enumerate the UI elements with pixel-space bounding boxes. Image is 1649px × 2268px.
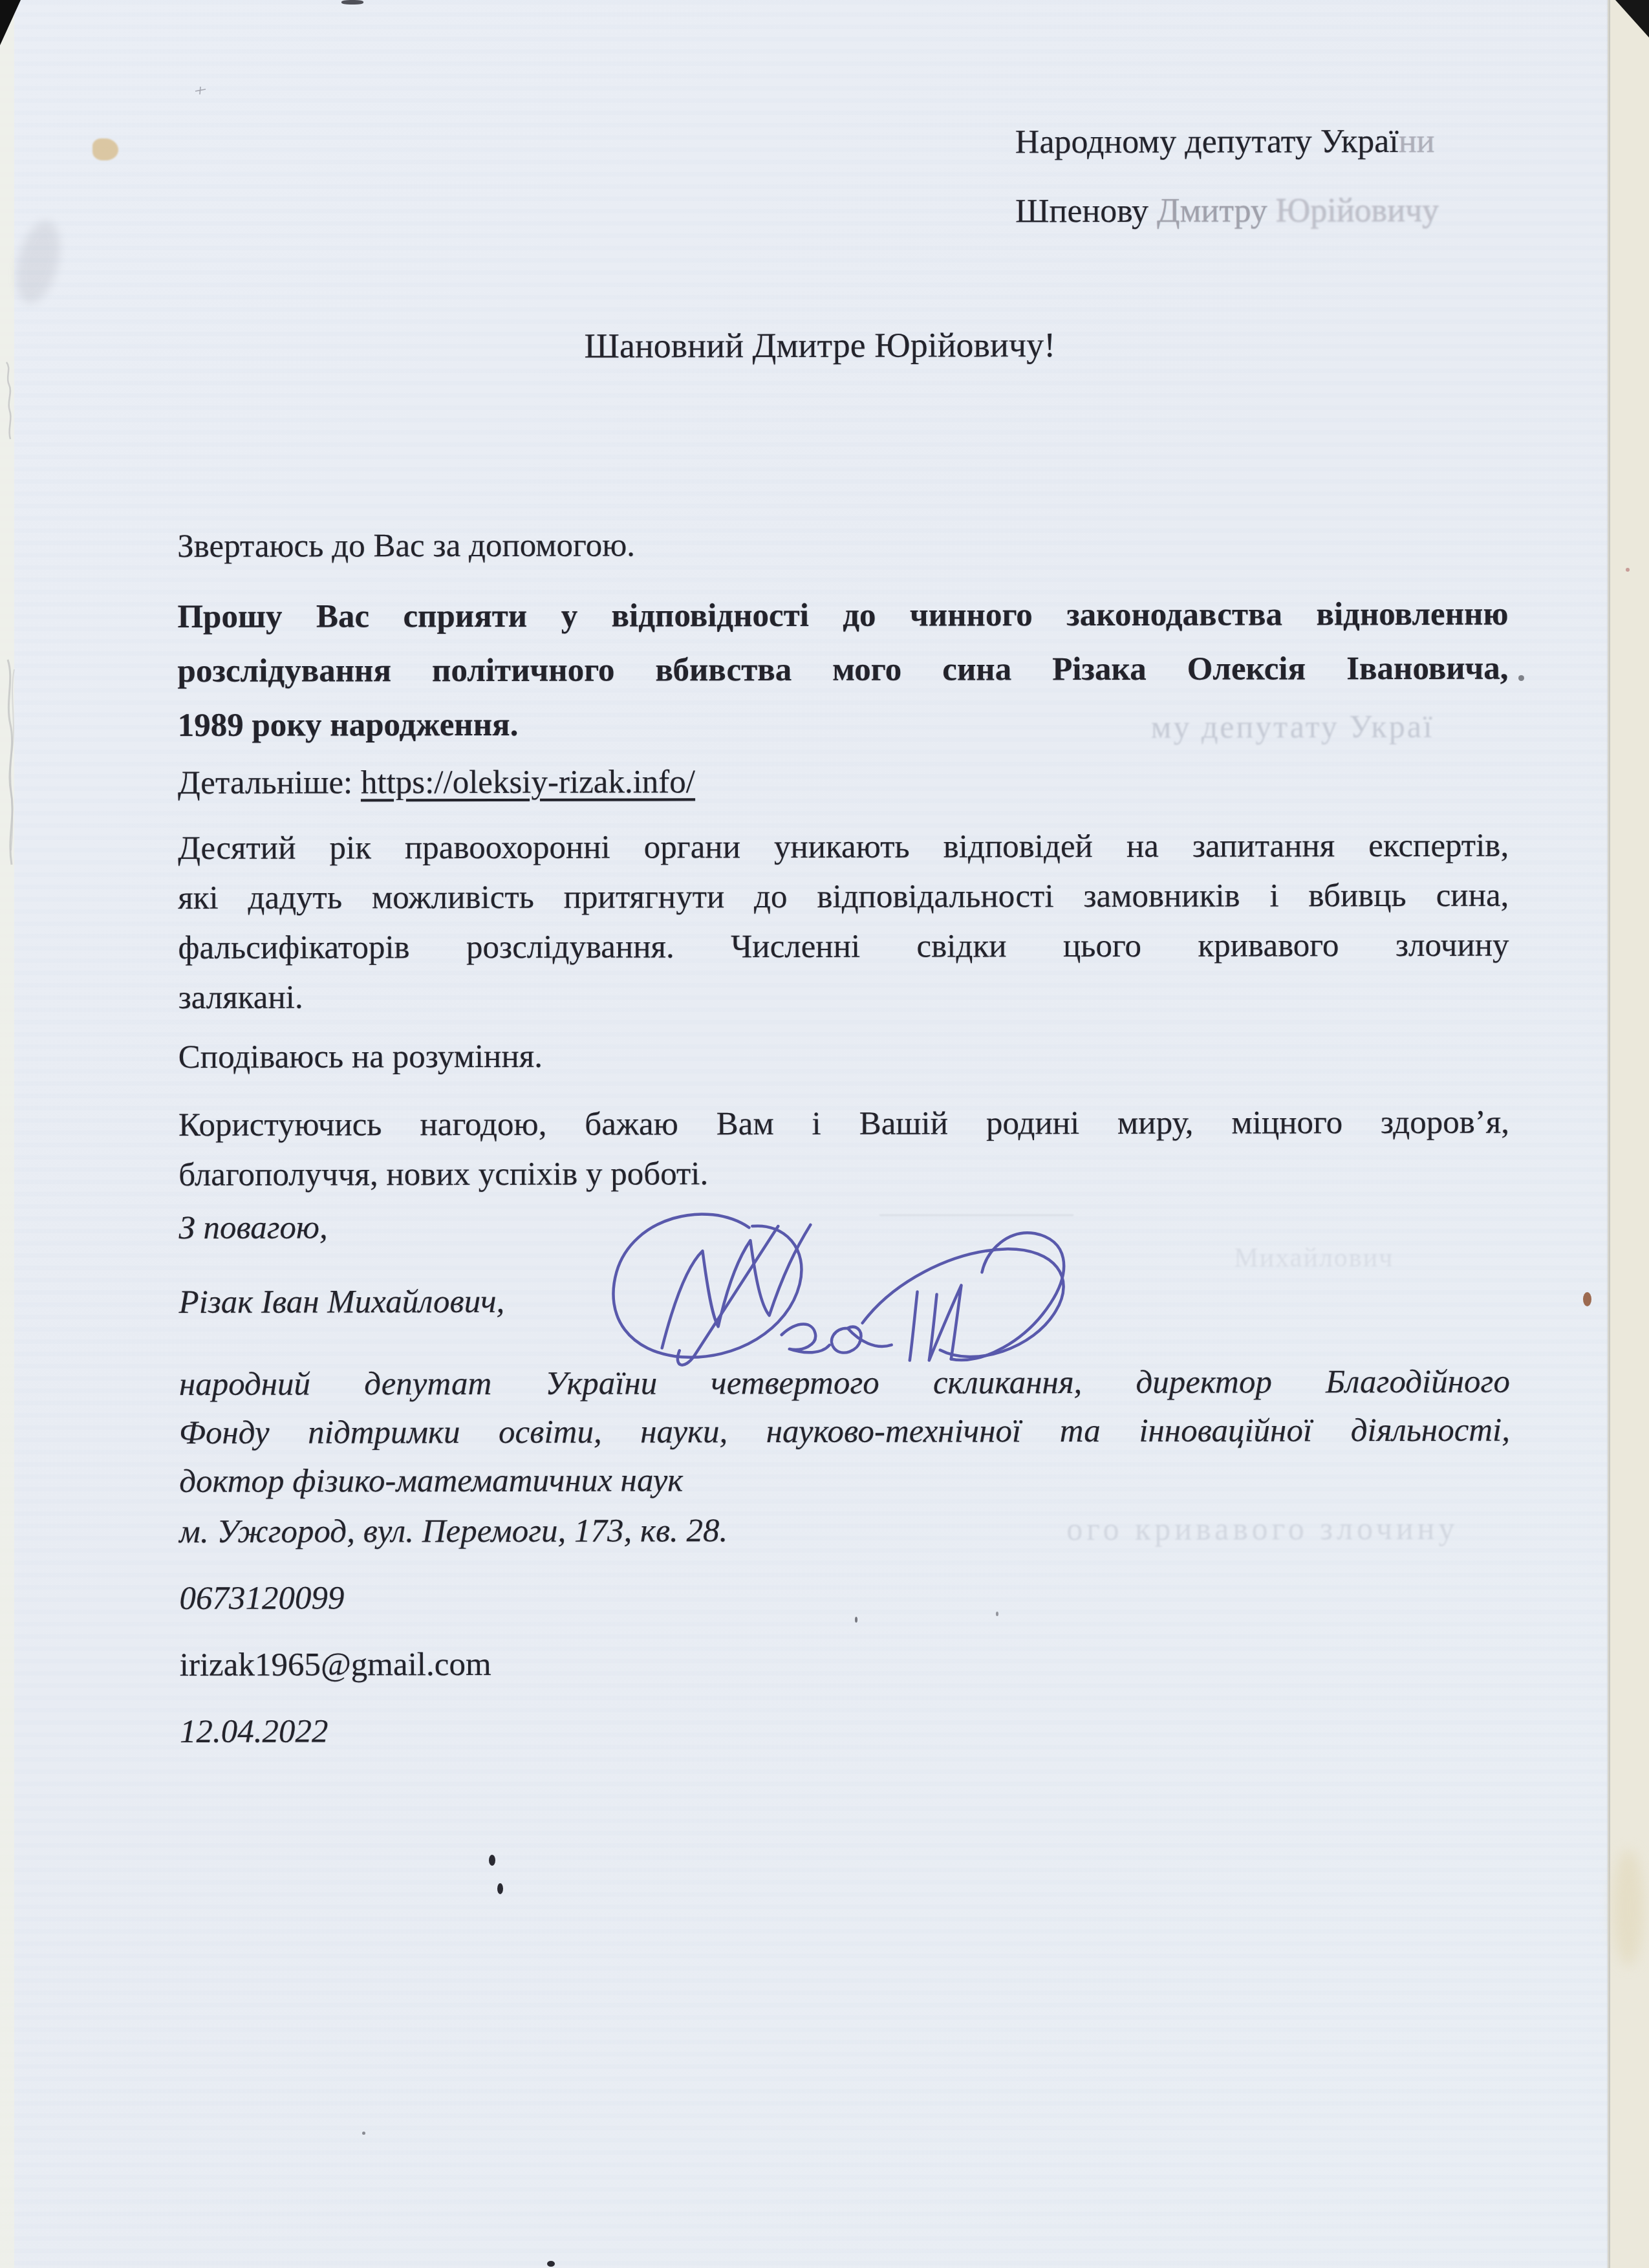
speck [497, 1883, 503, 1894]
corner-shadow-top-right [1615, 0, 1649, 38]
speck [547, 2261, 555, 2267]
main-line: залякані. [178, 971, 1509, 1023]
paper-crease [879, 1215, 1073, 1216]
recipient-line1-fade: ни [1399, 123, 1435, 160]
signer-name: Різак Іван Михайлович, [179, 1283, 505, 1321]
intro-paragraph: Звертаюсь до Вас за допомогою. [177, 520, 635, 572]
main-line: фальсифікаторів розслідування. Численні … [178, 921, 1509, 973]
signer-email: irizak1965@gmail.com [180, 1646, 491, 1684]
details-line: Детальніше: https://oleksiy-rizak.info/ [178, 757, 695, 809]
speck [489, 1855, 495, 1866]
hope-line: Сподіваюсь на розуміння. [178, 1031, 543, 1083]
bleedthrough-text: ого кривавого злочину [1066, 1509, 1458, 1548]
scanned-letter: му депутату Украї Михайлович ого криваво… [0, 0, 1649, 2268]
salutation: Шановний Дмитре Юрійовичу! [584, 325, 1055, 366]
wish-paragraph: Користуючись нагодою, бажаю Вам і Вашій … [178, 1098, 1509, 1200]
letter-date: 12.04.2022 [180, 1712, 329, 1750]
closing-line: З повагою, [178, 1209, 328, 1246]
recipient-line-1: Народному депутату України [1015, 122, 1435, 161]
speck [1518, 675, 1524, 681]
wish-line: Користуючись нагодою, бажаю Вам і Вашій … [178, 1098, 1509, 1150]
request-paragraph: Прошу Вас сприяти у відповідності до чин… [177, 587, 1509, 753]
signer-phone: 0673120099 [179, 1579, 344, 1617]
request-line: розслідування політичного вбивства мого … [177, 642, 1508, 698]
stain [92, 138, 118, 160]
pencil-scribble [1, 359, 18, 443]
main-line: Десятий рік правоохоронні органи уникают… [178, 821, 1509, 874]
details-label: Детальніше: [178, 764, 361, 801]
speck [1626, 568, 1630, 572]
recipient-line1-main: Народному депутату Украї [1015, 123, 1399, 160]
signer-role-line: доктор фізико-математичних наук [179, 1455, 1510, 1506]
speck [362, 2132, 365, 2135]
speck [996, 1612, 998, 1616]
recipient-name-faded: Дмитру [1157, 192, 1276, 229]
details-url-link: https://oleksiy-rizak.info/ [361, 764, 695, 801]
bleedthrough-text: Михайлович [1234, 1242, 1394, 1274]
recipient-line-2: Шпенову Дмитру Юрійовичу [1015, 191, 1439, 230]
signer-role-paragraph: народний депутат України четвертого скли… [179, 1358, 1510, 1506]
request-line: Прошу Вас сприяти у відповідності до чин… [177, 587, 1508, 644]
corner-shadow-top-left [0, 0, 21, 45]
speck [341, 0, 363, 5]
speck [855, 1617, 857, 1623]
signer-role-line: народний депутат України четвертого скли… [179, 1358, 1510, 1409]
main-line: які дадуть можливість притягнути до відп… [178, 871, 1509, 923]
signer-address: м. Ужгород, вул. Перемоги, 173, кв. 28. [179, 1512, 727, 1551]
ink-spot [1583, 1292, 1591, 1306]
signer-role-line: Фонду підтримки освіти, науки, науково-т… [179, 1407, 1510, 1458]
request-line: 1989 року народження. [178, 696, 1509, 753]
pencil-scribble [1, 656, 21, 870]
pencil-mark [194, 85, 207, 96]
main-paragraph: Десятий рік правоохоронні органи уникают… [178, 821, 1509, 1023]
recipient-name: Шпенову [1015, 193, 1157, 230]
recipient-patronymic-faded: Юрійовичу [1276, 192, 1439, 230]
letter-content: му депутату Украї Михайлович ого криваво… [0, 0, 1649, 2268]
